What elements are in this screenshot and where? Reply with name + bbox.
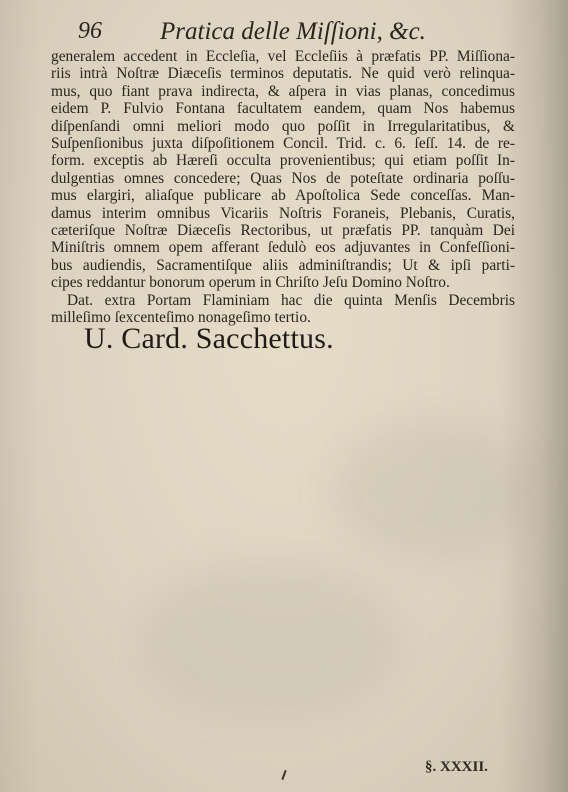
text-line: mus elargiri, aliaſque publicare ab Apoſ… — [51, 187, 515, 204]
text-line: form. exceptis ab Hæreſi occulta proveni… — [51, 152, 515, 169]
book-page: 96 Pratica delle Miſſioni, &c. generalem… — [0, 0, 568, 792]
section-marker: §. XXXII. — [425, 759, 488, 776]
water-stain — [140, 560, 400, 720]
text-line: cæteriſque Noſtræ Diæceſis Rectoribus, u… — [51, 222, 515, 239]
text-line: eidem P. Fulvio Fontana facultatem eande… — [51, 100, 515, 117]
dating-line: Dat. extra Portam Flaminiam hac die quin… — [51, 292, 515, 309]
text-line: Suſpenſionibus juxta diſpoſitionem Conci… — [51, 135, 515, 152]
water-stain — [330, 420, 530, 560]
text-line: diſpenſandi omni meliori modo quo poſſit… — [51, 118, 515, 135]
running-title: Pratica delle Miſſioni, &c. — [160, 18, 426, 46]
running-head: 96 Pratica delle Miſſioni, &c. — [78, 18, 538, 48]
text-line: Miniſtris omnem opem afferant ſedulò eos… — [51, 239, 515, 256]
text-line: dulgentias omnes concedere; Quas Nos de … — [51, 170, 515, 187]
text-line: damus interim omnibus Vicariis Noſtris F… — [51, 205, 515, 222]
signature: U. Card. Sacchettus. — [84, 322, 334, 356]
page-number: 96 — [78, 18, 102, 45]
text-line: riis intrà Noſtræ Diæceſis terminos depu… — [51, 65, 515, 82]
ink-mark — [281, 770, 286, 780]
text-line: mus, quo fiant prava indirecta, & aſpera… — [51, 83, 515, 100]
text-line: cipes reddantur bonorum operum in Chriſt… — [51, 274, 515, 291]
body-text: generalem accedent in Eccleſia, vel Eccl… — [51, 48, 515, 327]
text-line: generalem accedent in Eccleſia, vel Eccl… — [51, 48, 515, 65]
text-line: bus audiendis, Sacramentiſque aliis admi… — [51, 257, 515, 274]
